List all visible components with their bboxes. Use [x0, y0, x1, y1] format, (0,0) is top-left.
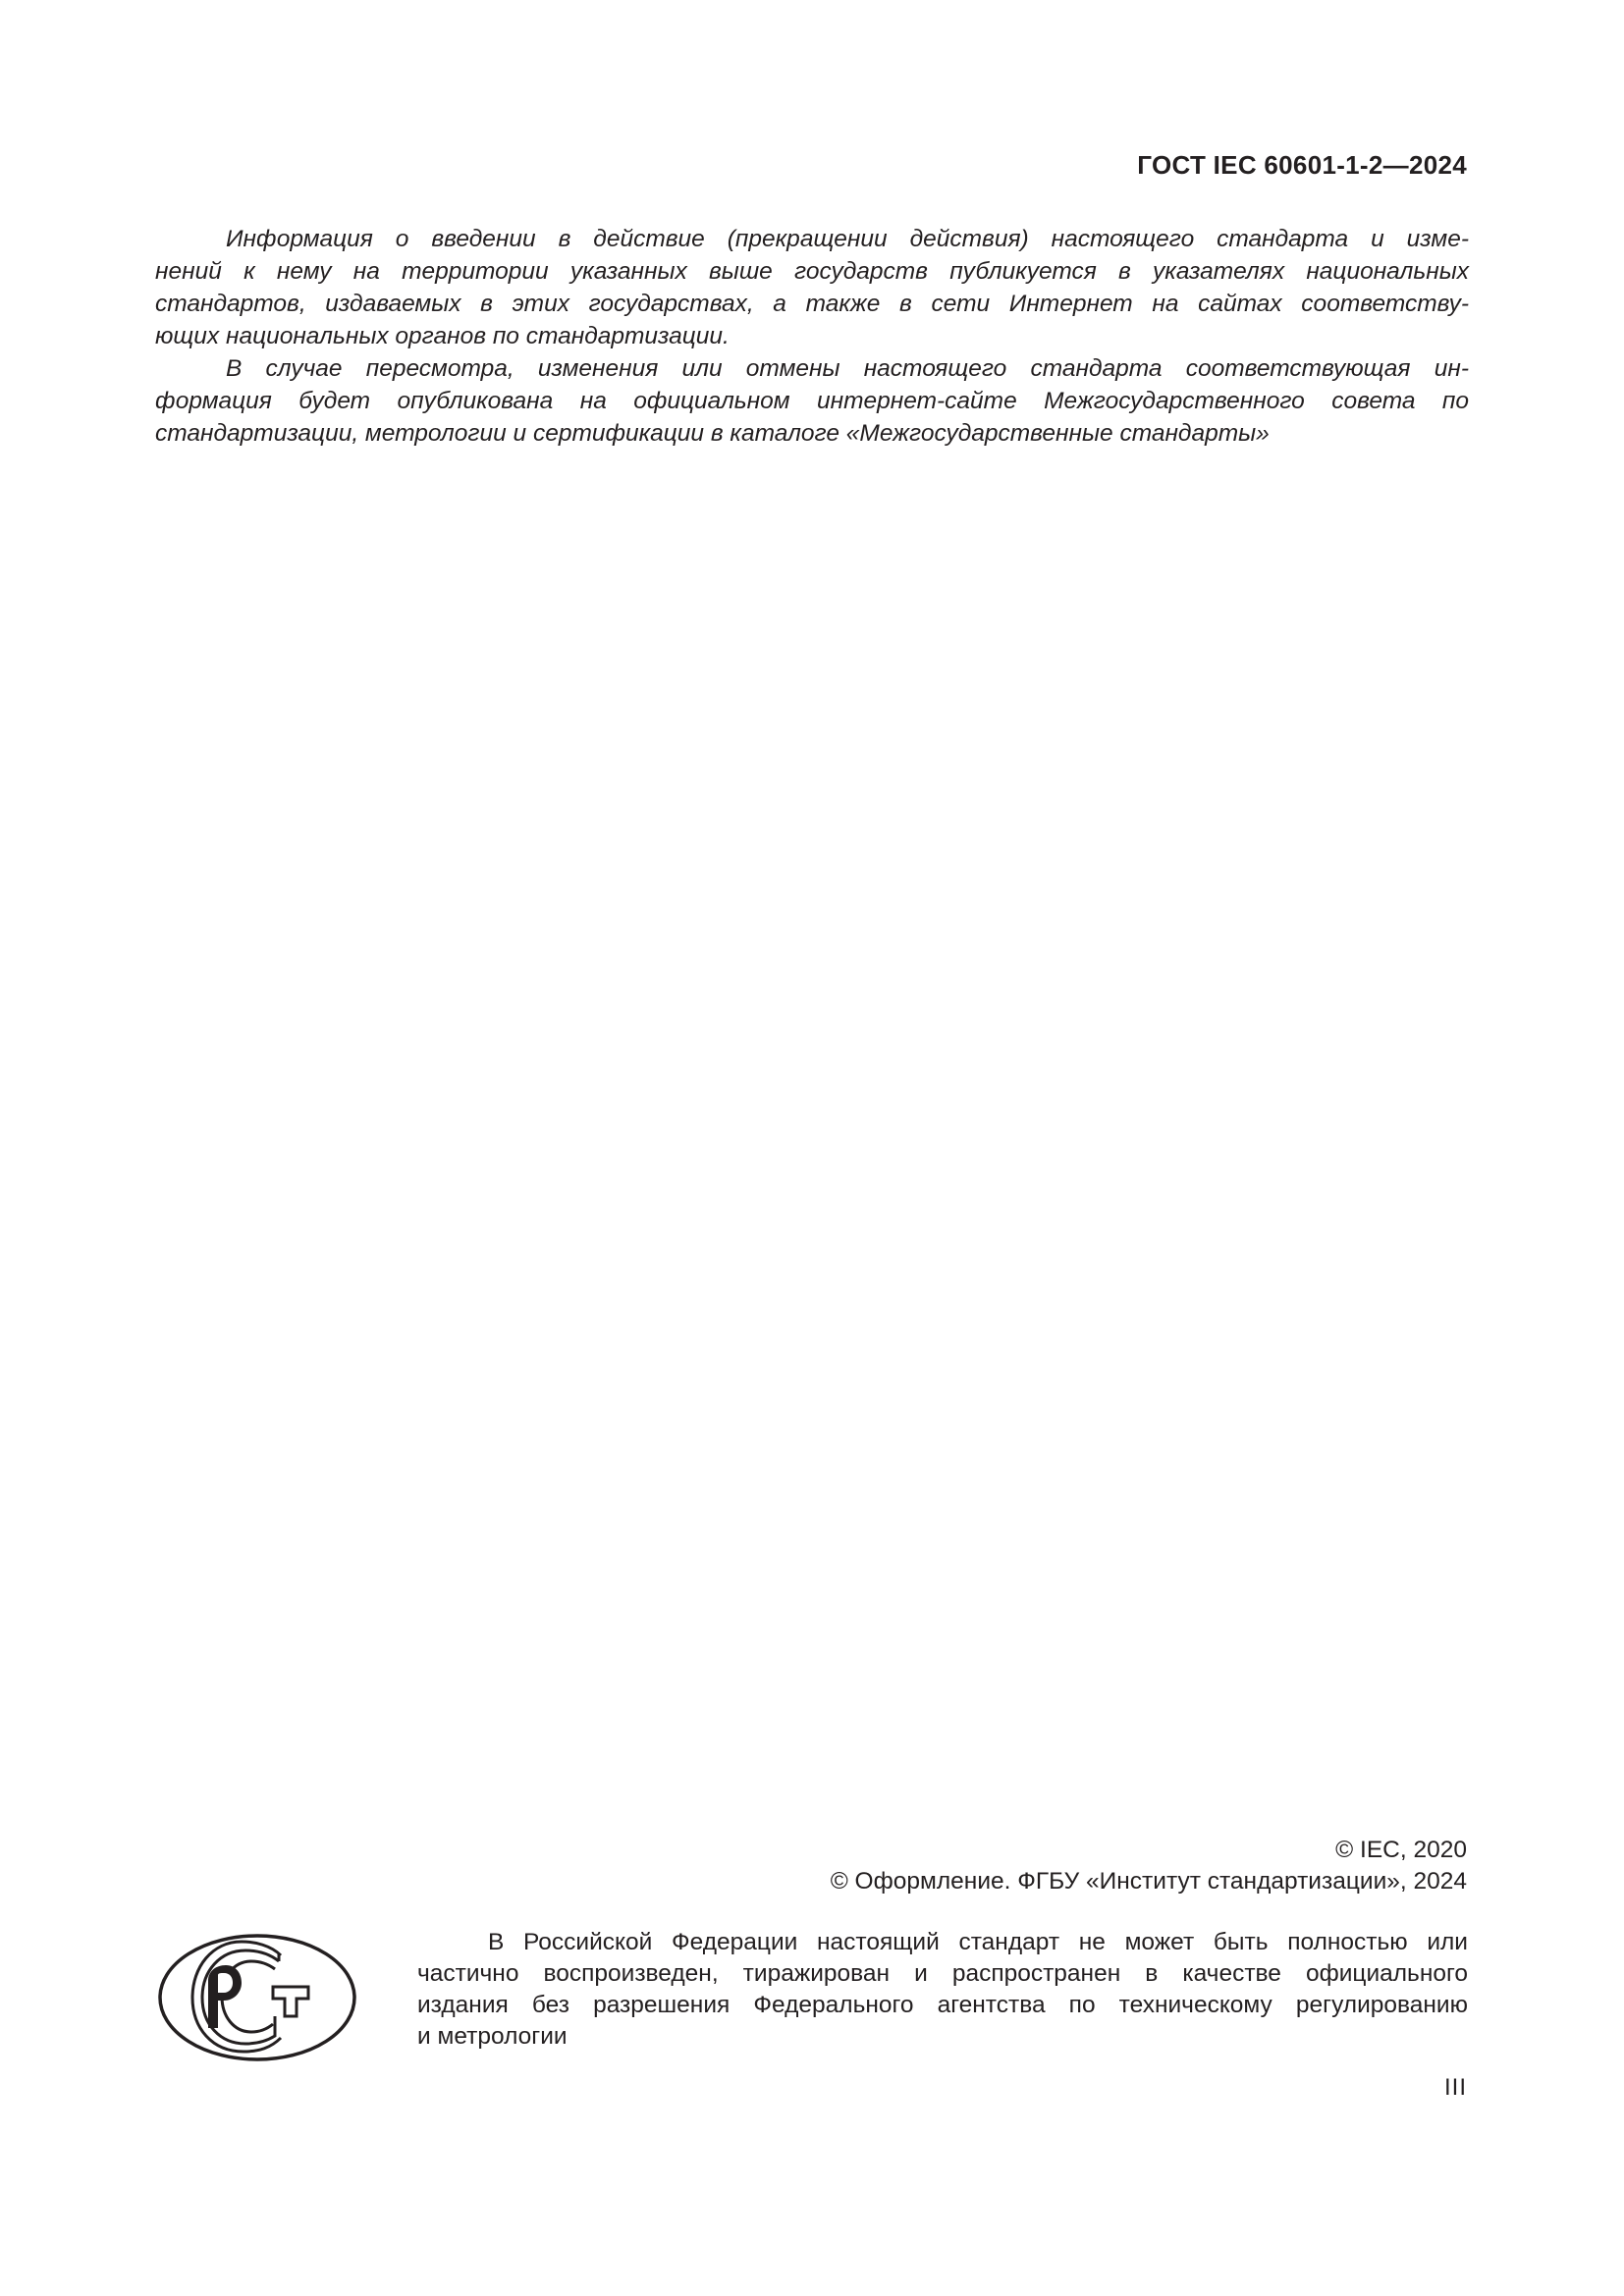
- rst-certification-mark-icon: [157, 1932, 357, 2063]
- paragraph-revision-info: В случае пересмотра, изменения или отмен…: [155, 352, 1469, 450]
- text-line: частично воспроизведен, тиражирован и ра…: [417, 1958, 1468, 1990]
- text-line: формация будет опубликована на официальн…: [155, 385, 1469, 417]
- text-line: издания без разрешения Федерального аген…: [417, 1990, 1468, 2021]
- copyright-design: © Оформление. ФГБУ «Институт стандартиза…: [831, 1866, 1467, 1897]
- copyright-iec: © IEC, 2020: [831, 1835, 1467, 1866]
- paragraph-publication-info: Информация о введении в действие (прекра…: [155, 223, 1469, 352]
- text-line: ющих национальных органов по стандартиза…: [155, 320, 1469, 352]
- reproduction-notice: В Российской Федерации настоящий стандар…: [417, 1927, 1468, 2053]
- text-line: Информация о введении в действие (прекра…: [155, 223, 1469, 255]
- page-number: III: [1444, 2074, 1467, 2102]
- text-line: В случае пересмотра, изменения или отмен…: [155, 352, 1469, 385]
- text-line: нений к нему на территории указанных выш…: [155, 255, 1469, 288]
- text-line: В Российской Федерации настоящий стандар…: [417, 1927, 1468, 1958]
- text-line: и метрологии: [417, 2021, 1468, 2053]
- body-text: Информация о введении в действие (прекра…: [155, 223, 1469, 450]
- copyright-block: © IEC, 2020 © Оформление. ФГБУ «Институт…: [831, 1835, 1467, 1897]
- text-line: стандартов, издаваемых в этих государств…: [155, 288, 1469, 320]
- text-line: стандартизации, метрологии и сертификаци…: [155, 417, 1469, 450]
- document-page: { "header": { "document_code": "ГОСТ IEC…: [0, 0, 1624, 2296]
- document-code-header: ГОСТ IEC 60601-1-2—2024: [1137, 150, 1467, 181]
